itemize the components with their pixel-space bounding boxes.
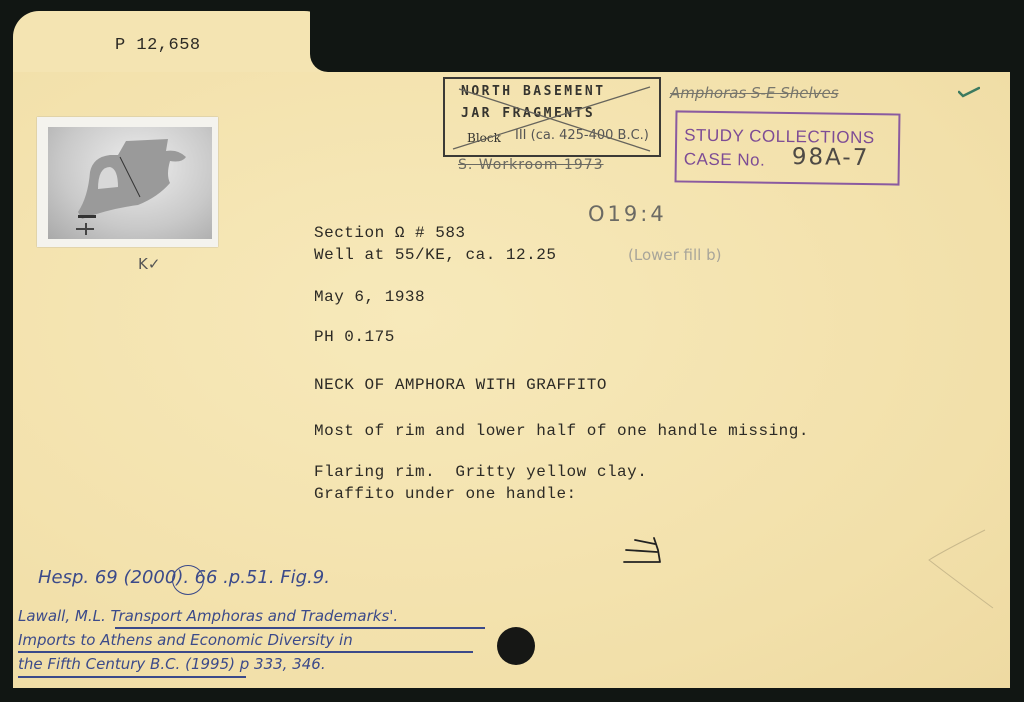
amphora-fragment-icon <box>48 127 212 239</box>
photo-mark: K✓ <box>138 255 160 273</box>
section-line: Section Ω # 583 <box>314 224 466 242</box>
underline <box>115 627 485 629</box>
bibliography-ref2-line1: Lawall, M.L. Transport Amphoras and Trad… <box>18 607 398 625</box>
study-stamp-line2: CASE No. <box>684 150 766 171</box>
workroom-note: S. Workroom 1973 <box>458 157 604 173</box>
ref1-pre: Hesp. 69 (2000). <box>38 567 189 588</box>
storage-stamp-line2: JAR FRAGMENTS <box>461 106 595 121</box>
shelves-note: Amphoras S-E Shelves <box>670 84 839 102</box>
date-line: May 6, 1938 <box>314 288 425 306</box>
bibliography-ref2-line3: the Fifth Century B.C. (1995) p 333, 346… <box>18 655 326 673</box>
study-collections-stamp: STUDY COLLECTIONS CASE No. 98A-7 <box>675 110 901 185</box>
storage-stamp: NORTH BASEMENT JAR FRAGMENTS Block III (… <box>443 77 661 157</box>
punch-hole <box>497 627 535 665</box>
artifact-photo <box>37 117 218 247</box>
circled-number-icon <box>172 565 204 595</box>
location-line: Well at 55/KE, ca. 12.25 <box>314 246 556 264</box>
storage-block-value: III (ca. 425-400 B.C.) <box>515 128 649 143</box>
description-line2: Graffito under one handle: <box>314 485 577 503</box>
dimensions-line: PH 0.175 <box>314 328 395 346</box>
underline <box>18 676 246 678</box>
green-checkmark-icon <box>958 86 980 98</box>
graffito-symbol-icon <box>620 528 670 564</box>
bibliography-ref2-line2: Imports to Athens and Economic Diversity… <box>18 631 353 649</box>
catalog-reference: O19:4 <box>588 202 667 226</box>
storage-stamp-line1: NORTH BASEMENT <box>461 84 606 99</box>
description-line1: Flaring rim. Gritty yellow clay. <box>314 463 647 481</box>
condition-line: Most of rim and lower half of one handle… <box>314 422 809 440</box>
photo-image <box>48 127 212 239</box>
storage-block-label: Block <box>467 131 501 145</box>
inventory-number: P 12,658 <box>115 36 201 55</box>
ref1-post: .p.51. Fig.9. <box>223 567 330 588</box>
object-title: NECK OF AMPHORA WITH GRAFFITO <box>314 376 607 394</box>
case-number: 98A-7 <box>792 144 870 171</box>
fill-note: (Lower fill b) <box>628 246 721 264</box>
tab-notch <box>310 11 350 72</box>
underline <box>18 651 473 653</box>
pencil-mark-icon <box>925 520 995 610</box>
